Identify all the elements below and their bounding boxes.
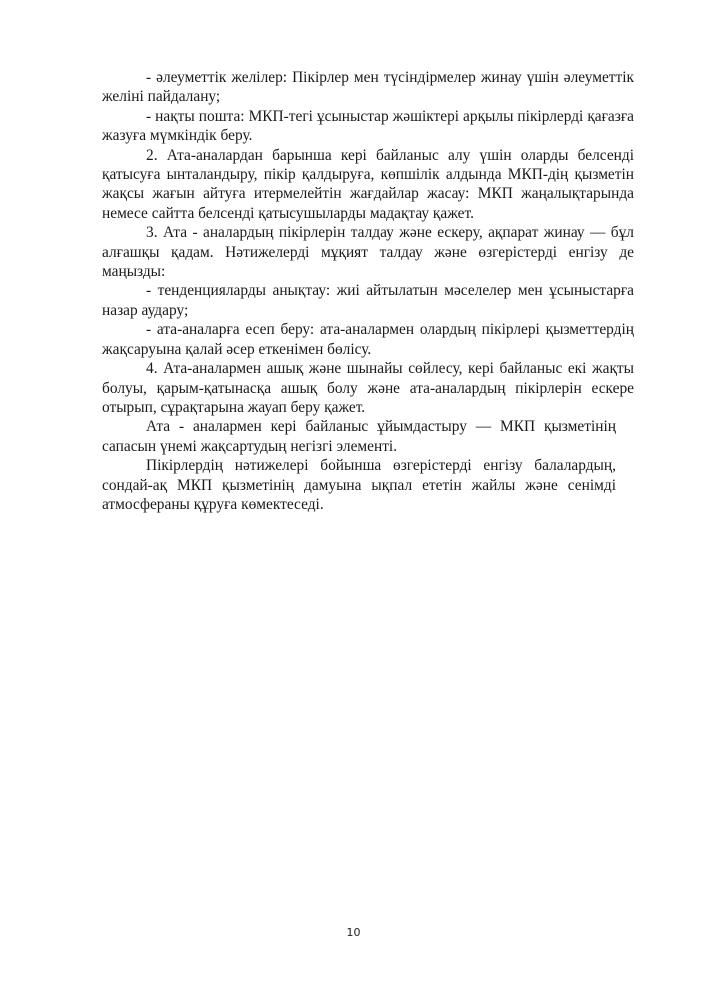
paragraph-trends: - тенденцияларды анықтау: жиі айтылатын … xyxy=(102,281,634,320)
paragraph-point-3: 3. Ата - аналардың пікірлерін талдау жән… xyxy=(102,223,634,281)
paragraph-reporting: - ата-аналарға есеп беру: ата-аналармен … xyxy=(102,320,634,359)
paragraph-conclusion: Пікірлердің нәтижелері бойынша өзгерісте… xyxy=(102,456,616,514)
page-number: 10 xyxy=(0,926,707,939)
paragraph-social-networks: - әлеуметтік желілер: Пікірлер мен түсін… xyxy=(102,68,634,107)
document-body: - әлеуметтік желілер: Пікірлер мен түсін… xyxy=(102,68,634,514)
paragraph-key-element: Ата - аналармен кері байланыс ұйымдастыр… xyxy=(102,417,616,456)
paragraph-real-mail: - нақты пошта: МКП-тегі ұсыныстар жәшікт… xyxy=(102,107,634,146)
paragraph-point-4: 4. Ата-аналармен ашық және шынайы сөйлес… xyxy=(102,359,634,417)
paragraph-point-2: 2. Ата-аналардан барынша кері байланыс а… xyxy=(102,146,634,224)
